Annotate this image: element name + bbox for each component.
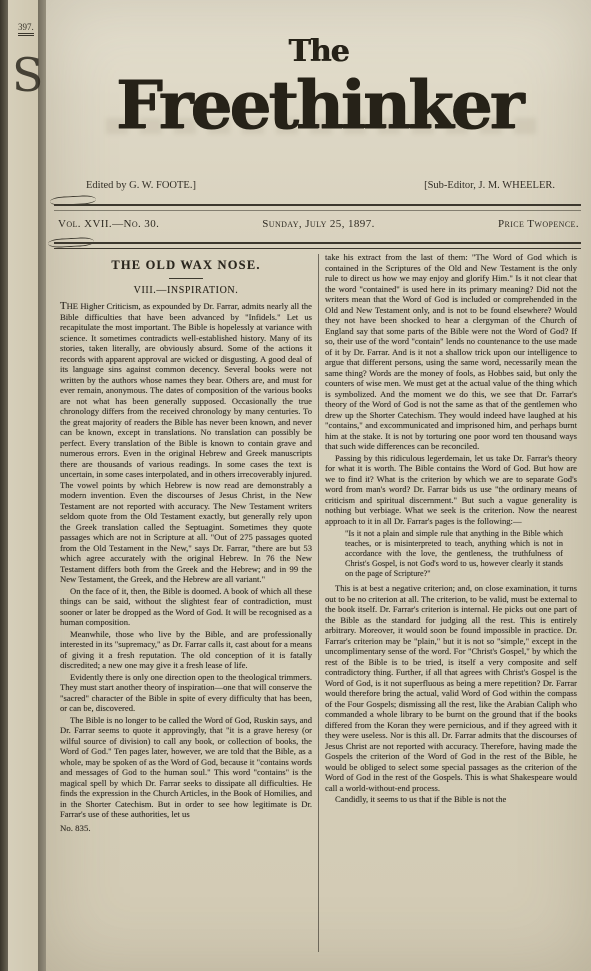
masthead-the: The (46, 34, 591, 69)
article-columns: THE OLD WAX NOSE. VIII.—INSPIRATION. THE… (54, 252, 583, 952)
article-paragraph: Passing by this ridiculous legerdemain, … (325, 453, 577, 527)
book-spine-edge (0, 0, 8, 971)
horizontal-rule (54, 204, 581, 211)
article-paragraph: Evidently there is only one direction op… (60, 672, 312, 714)
dateline: Vol. XVII.—No. 30. Sunday, July 25, 1897… (58, 218, 579, 230)
masthead-title: Freethinker (46, 66, 591, 144)
article-paragraph: The Bible is no longer to be called the … (60, 715, 312, 820)
article-paragraph: Meanwhile, those who live by the Bible, … (60, 629, 312, 671)
title-divider (169, 278, 203, 279)
article-paragraph: On the face of it, then, the Bible is do… (60, 586, 312, 628)
adjacent-page-number: 397. (18, 22, 34, 36)
editor-line: Edited by G. W. FOOTE.] [Sub-Editor, J. … (86, 180, 555, 191)
article-paragraph: This is at best a negative criterion; an… (325, 583, 577, 793)
horizontal-double-rule (54, 242, 581, 249)
article-paragraph: THE Higher Criticism, as expounded by Dr… (60, 301, 312, 585)
right-column: take his extract from the last of them: … (319, 252, 583, 952)
article-paragraph: Candidly, it seems to us that if the Bib… (325, 794, 577, 805)
article-paragraph: take his extract from the last of them: … (325, 252, 577, 452)
price: Price Twopence. (375, 218, 579, 230)
newspaper-page: The Freethinker Edited by G. W. FOOTE.] … (46, 0, 591, 971)
article-title: THE OLD WAX NOSE. (60, 260, 312, 271)
left-column: THE OLD WAX NOSE. VIII.—INSPIRATION. THE… (54, 252, 318, 952)
issue-date: Sunday, July 25, 1897. (262, 218, 375, 230)
farrar-quotation: "Is it not a plain and simple rule that … (345, 529, 563, 579)
issue-number: No. 835. (60, 823, 312, 834)
volume-issue: Vol. XVII.—No. 30. (58, 218, 262, 230)
adjacent-page-edge: 397. S. (8, 0, 38, 971)
section-heading: VIII.—INSPIRATION. (60, 286, 312, 297)
editor-name: Edited by G. W. FOOTE.] (86, 180, 196, 191)
sub-editor-name: [Sub-Editor, J. M. WHEELER. (424, 180, 555, 191)
